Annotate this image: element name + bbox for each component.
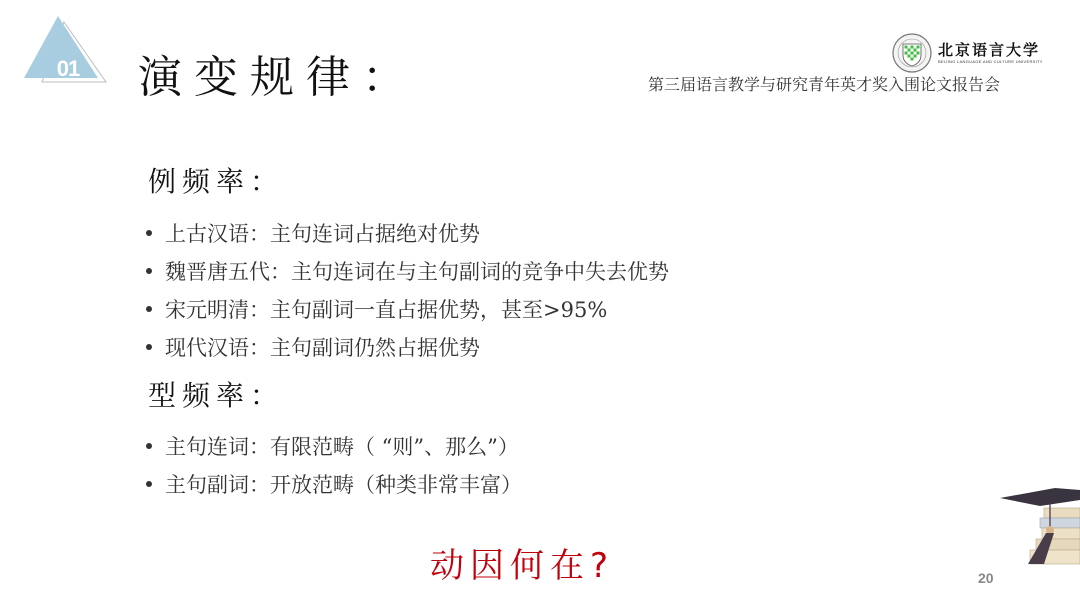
section-number: 01 [46,56,90,82]
list-item-text: 宋元明清：主句副词一直占据优势，甚至>95% [165,294,607,324]
university-logo: 北京语言大学 BEIJING LANGUAGE AND CULTURE UNIV… [892,33,1043,73]
section-badge: 01 [24,16,108,86]
bullet-icon [146,443,152,449]
university-name-cn: 北京语言大学 [938,41,1043,59]
list-item: 主句连词：有限范畴（ “则”、那么”） [146,427,522,465]
list-item: 现代汉语：主句副词仍然占据优势 [146,328,669,366]
bullet-icon [146,344,152,350]
graduation-cap-books-icon [1000,478,1080,568]
university-emblem-icon [892,33,932,73]
bullet-icon [146,481,152,487]
section-heading-type-frequency: 型频率： [148,374,284,414]
type-frequency-list: 主句连词：有限范畴（ “则”、那么”） 主句副词：开放范畴（种类非常丰富） [146,427,522,503]
list-item-text: 主句连词：有限范畴（ “则”、那么”） [165,431,519,461]
page-number: 20 [978,570,994,586]
list-item-text: 现代汉语：主句副词仍然占据优势 [165,332,480,362]
list-item-text: 上古汉语：主句连词占据绝对优势 [165,218,480,248]
section-heading-token-frequency: 例频率： [148,160,284,200]
bullet-icon [146,306,152,312]
list-item: 主句副词：开放范畴（种类非常丰富） [146,465,522,503]
question-text: 动因何在? [430,538,614,587]
list-item: 上古汉语：主句连词占据绝对优势 [146,214,669,252]
conference-name: 第三届语言教学与研究青年英才奖入围论文报告会 [648,72,1000,95]
university-name-en: BEIJING LANGUAGE AND CULTURE UNIVERSITY [938,59,1043,65]
token-frequency-list: 上古汉语：主句连词占据绝对优势 魏晋唐五代：主句连词在与主句副词的竞争中失去优势… [146,214,669,366]
bullet-icon [146,268,152,274]
list-item-text: 主句副词：开放范畴（种类非常丰富） [165,469,522,499]
list-item: 魏晋唐五代：主句连词在与主句副词的竞争中失去优势 [146,252,669,290]
bullet-icon [146,230,152,236]
slide-title: 演变规律： [138,48,418,108]
list-item-text: 魏晋唐五代：主句连词在与主句副词的竞争中失去优势 [165,256,669,286]
list-item: 宋元明清：主句副词一直占据优势，甚至>95% [146,290,669,328]
